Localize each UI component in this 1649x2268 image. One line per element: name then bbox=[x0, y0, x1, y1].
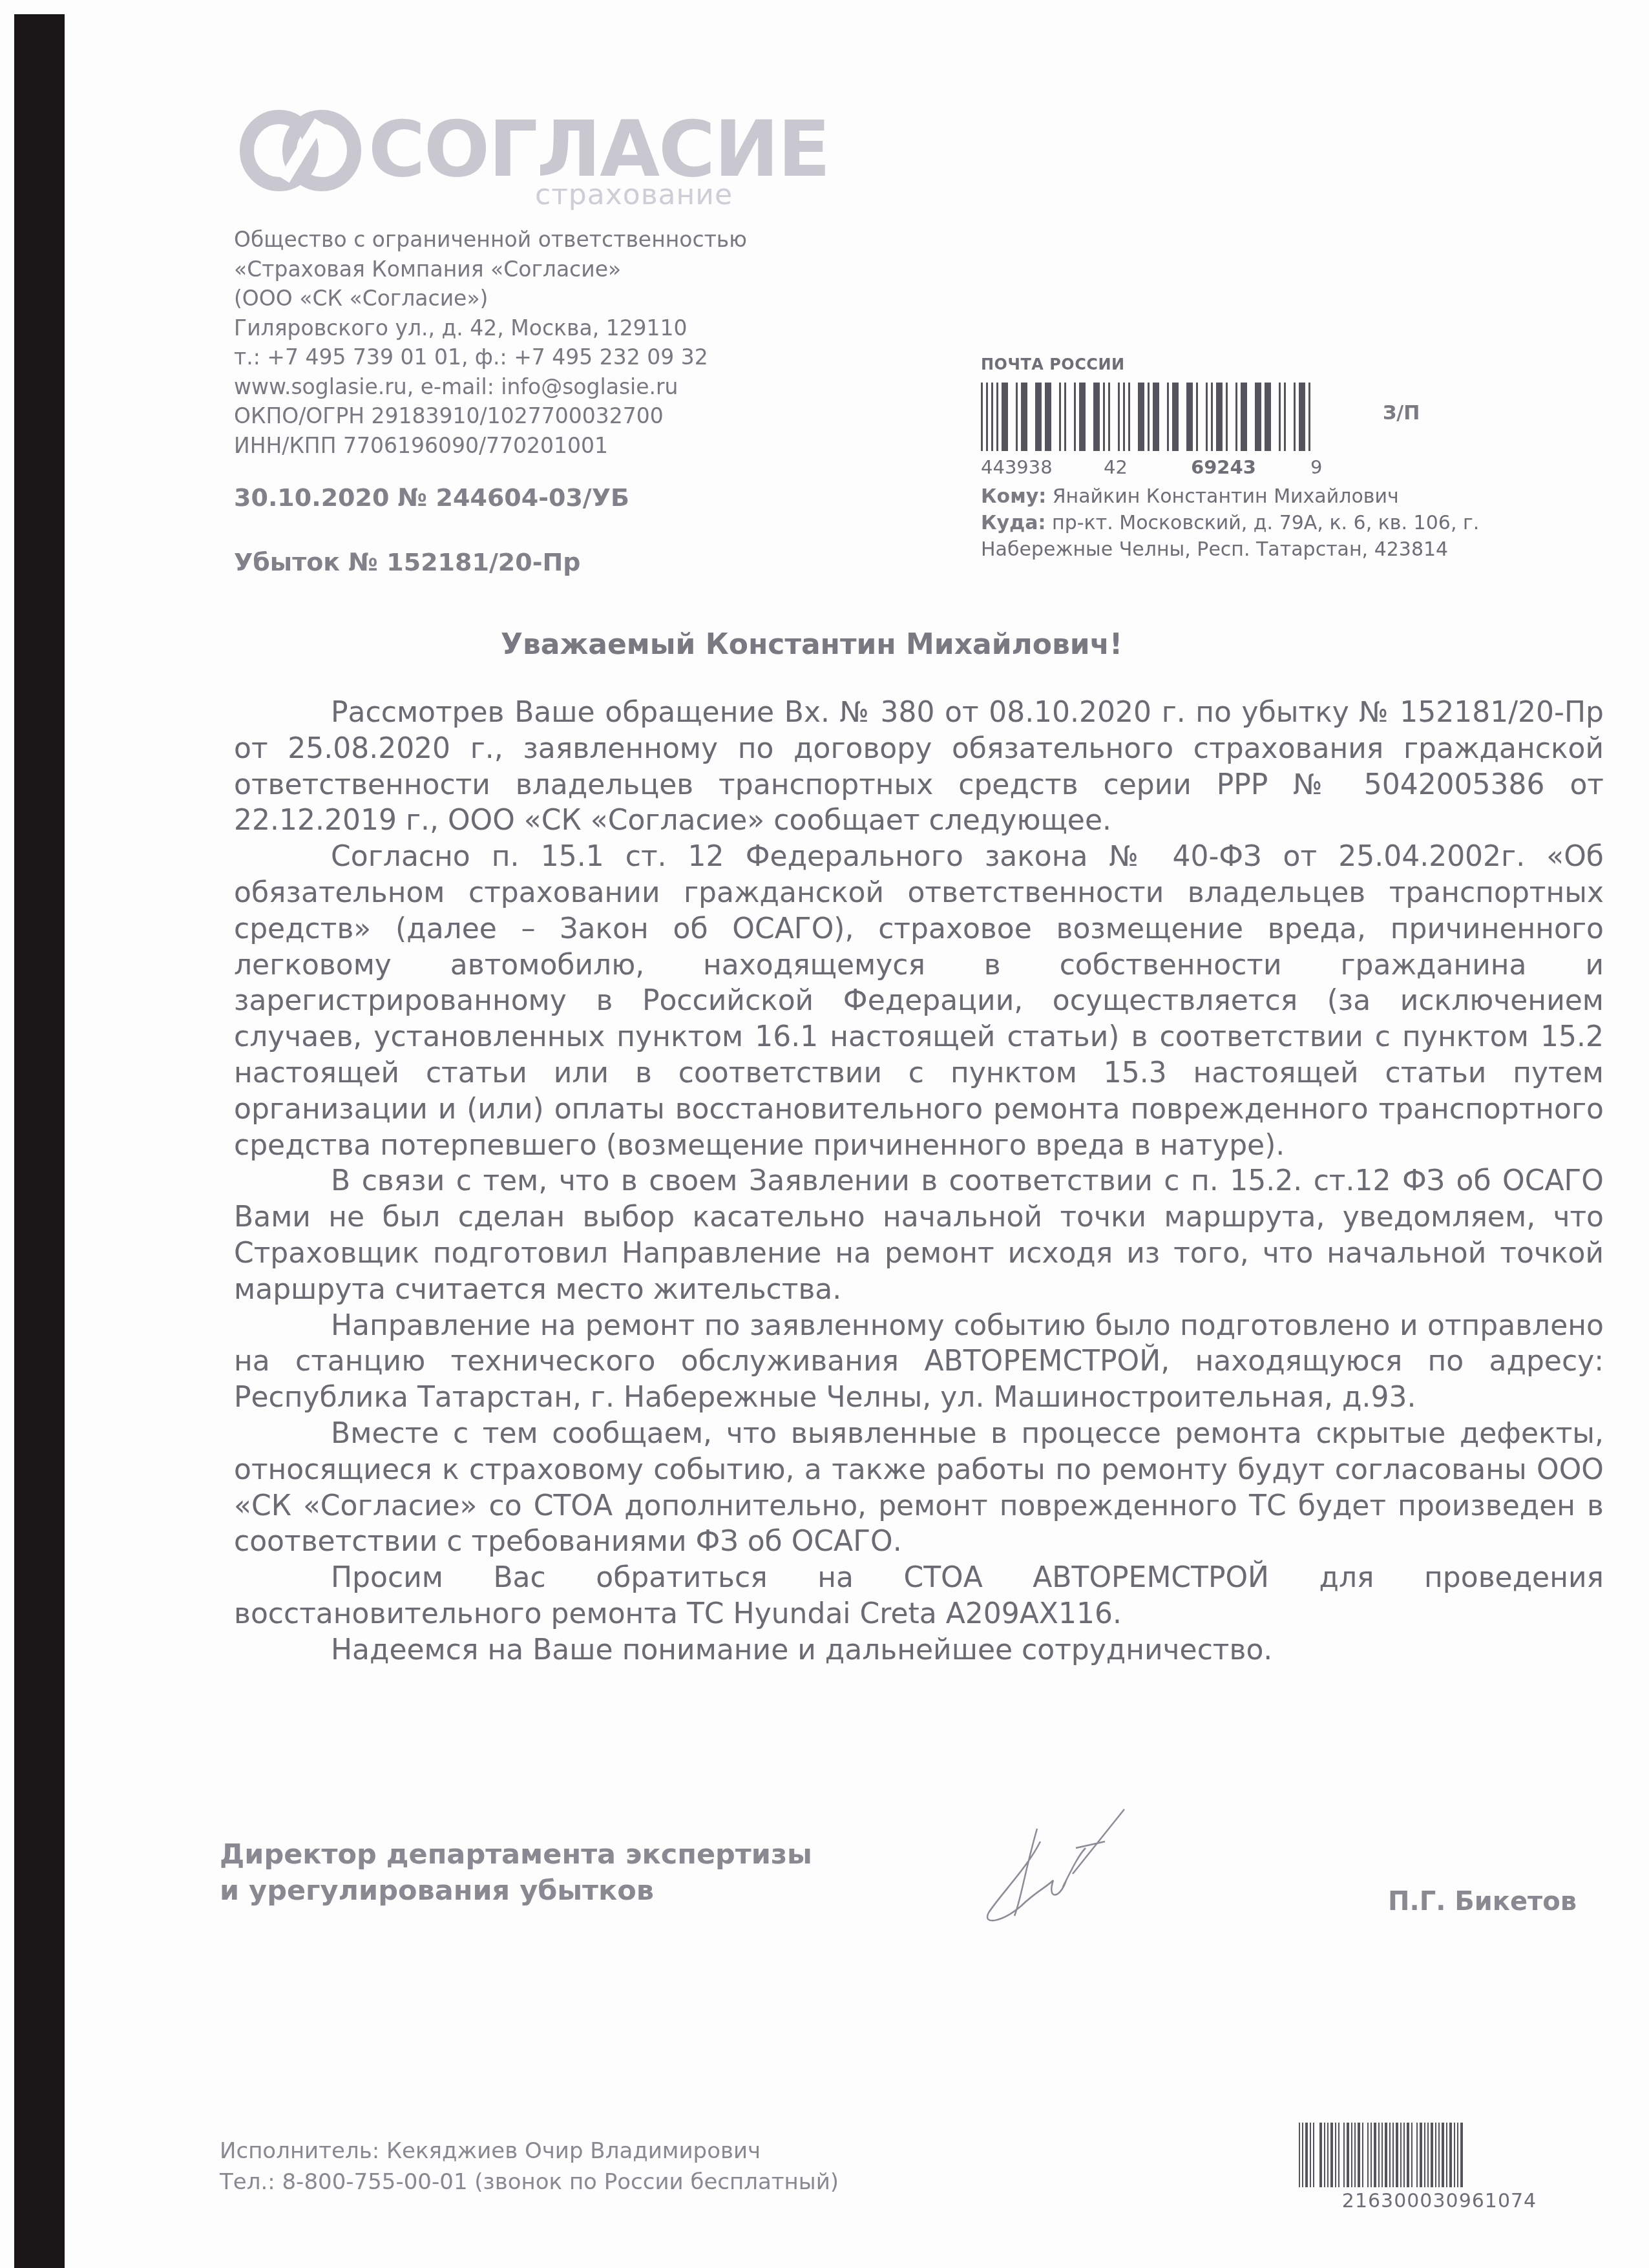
recipient-address-line-2: Набережные Челны, Респ. Татарстан, 42381… bbox=[981, 536, 1479, 563]
body-paragraph: Надеемся на Ваше понимание и дальнейшее … bbox=[234, 1632, 1604, 1668]
logo-subtitle: страхование bbox=[535, 181, 733, 209]
recipient-block: Кому: Янайкин Константин Михайлович Куда… bbox=[981, 483, 1479, 563]
body-paragraph: В связи с тем, что в своем Заявлении в с… bbox=[234, 1163, 1604, 1307]
signatory-title: Директор департамента экспертизы и урегу… bbox=[220, 1836, 812, 1909]
barcode-icon bbox=[981, 383, 1320, 451]
barcode-digits-group: 443938 bbox=[981, 456, 1091, 478]
company-details: Общество с ограниченной ответственностью… bbox=[234, 225, 747, 460]
scan-edge-strip bbox=[14, 14, 65, 2268]
where-label: Куда: bbox=[981, 512, 1046, 534]
barcode-digits-group: 69243 bbox=[1171, 456, 1301, 478]
company-phone: т.: +7 495 739 01 01, ф.: +7 495 232 09 … bbox=[234, 342, 747, 372]
executor-block: Исполнитель: Кекяджиев Очир Владимирович… bbox=[220, 2136, 839, 2198]
company-inn-kpp: ИНН/КПП 7706196090/770201001 bbox=[234, 431, 747, 461]
barcode-number: 443938 42 69243 9 bbox=[981, 456, 1549, 478]
executor-phone: Тел.: 8-800-755-00-01 (звонок по России … bbox=[220, 2167, 839, 2198]
logo-wordmark: СОГЛАСИЕ bbox=[368, 111, 830, 189]
signatory-title-line: и урегулирования убытков bbox=[220, 1873, 812, 1909]
barcode-digits-group: 9 bbox=[1301, 456, 1322, 478]
signatory-title-line: Директор департамента экспертизы bbox=[220, 1836, 812, 1873]
salutation: Уважаемый Константин Михайлович! bbox=[0, 628, 1649, 661]
body-paragraph: Направление на ремонт по заявленному соб… bbox=[234, 1308, 1604, 1416]
company-line: Общество с ограниченной ответственностью bbox=[234, 225, 747, 255]
salutation-text: Уважаемый Константин Михайлович! bbox=[501, 628, 1122, 661]
recipient-name: Янайкин Константин Михайлович bbox=[1053, 485, 1399, 508]
postal-title: ПОЧТА РОССИИ bbox=[981, 355, 1549, 373]
barcode-digits-group: 42 bbox=[1091, 456, 1171, 478]
body-paragraph: Вместе с тем сообщаем, что выявленные в … bbox=[234, 1416, 1604, 1560]
body-paragraph: Рассмотрев Ваше обращение Вх. № 380 от 0… bbox=[234, 695, 1604, 839]
barcode-number: 21630003096107­4 bbox=[1299, 2190, 1580, 2212]
company-web-email: www.soglasie.ru, e-mail: info@soglasie.r… bbox=[234, 372, 747, 402]
letter-body: Рассмотрев Ваше обращение Вх. № 380 от 0… bbox=[234, 695, 1604, 1668]
claim-reference: Убыток № 152181/20-Пр bbox=[234, 548, 580, 576]
postal-block: ПОЧТА РОССИИ 443938 42 69243 9 bbox=[981, 355, 1549, 478]
document-barcode: 21630003096107­4 bbox=[1299, 2123, 1580, 2212]
executor-name: Исполнитель: Кекяджиев Очир Владимирович bbox=[220, 2136, 839, 2167]
postal-mark: З/П bbox=[1383, 402, 1420, 425]
company-logo: СОГЛАСИЕ страхование bbox=[239, 97, 756, 200]
body-paragraph: Просим Вас обратиться на СТОА АВТОРЕМСТР… bbox=[234, 1560, 1604, 1632]
to-label: Кому: bbox=[981, 485, 1046, 508]
company-address: Гиляровского ул., д. 42, Москва, 129110 bbox=[234, 313, 747, 343]
company-line: «Страховая Компания «Согласие» bbox=[234, 255, 747, 284]
recipient-address-line-1: пр-кт. Московский, д. 79А, к. 6, кв. 106… bbox=[1052, 512, 1479, 534]
signatory-name: П.Г. Бикетов bbox=[1388, 1887, 1577, 1916]
handwritten-signature-icon bbox=[976, 1803, 1170, 1932]
letter-reference: 30.10.2020 № 244604-03/УБ bbox=[234, 483, 629, 512]
soglasie-logo-icon bbox=[239, 109, 368, 193]
company-okpo-ogrn: ОКПО/ОГРН 29183910/1027700032700 bbox=[234, 401, 747, 431]
company-line: (ООО «СК «Согласие») bbox=[234, 284, 747, 313]
barcode-icon bbox=[1299, 2123, 1580, 2187]
body-paragraph: Согласно п. 15.1 ст. 12 Федерального зак… bbox=[234, 839, 1604, 1163]
